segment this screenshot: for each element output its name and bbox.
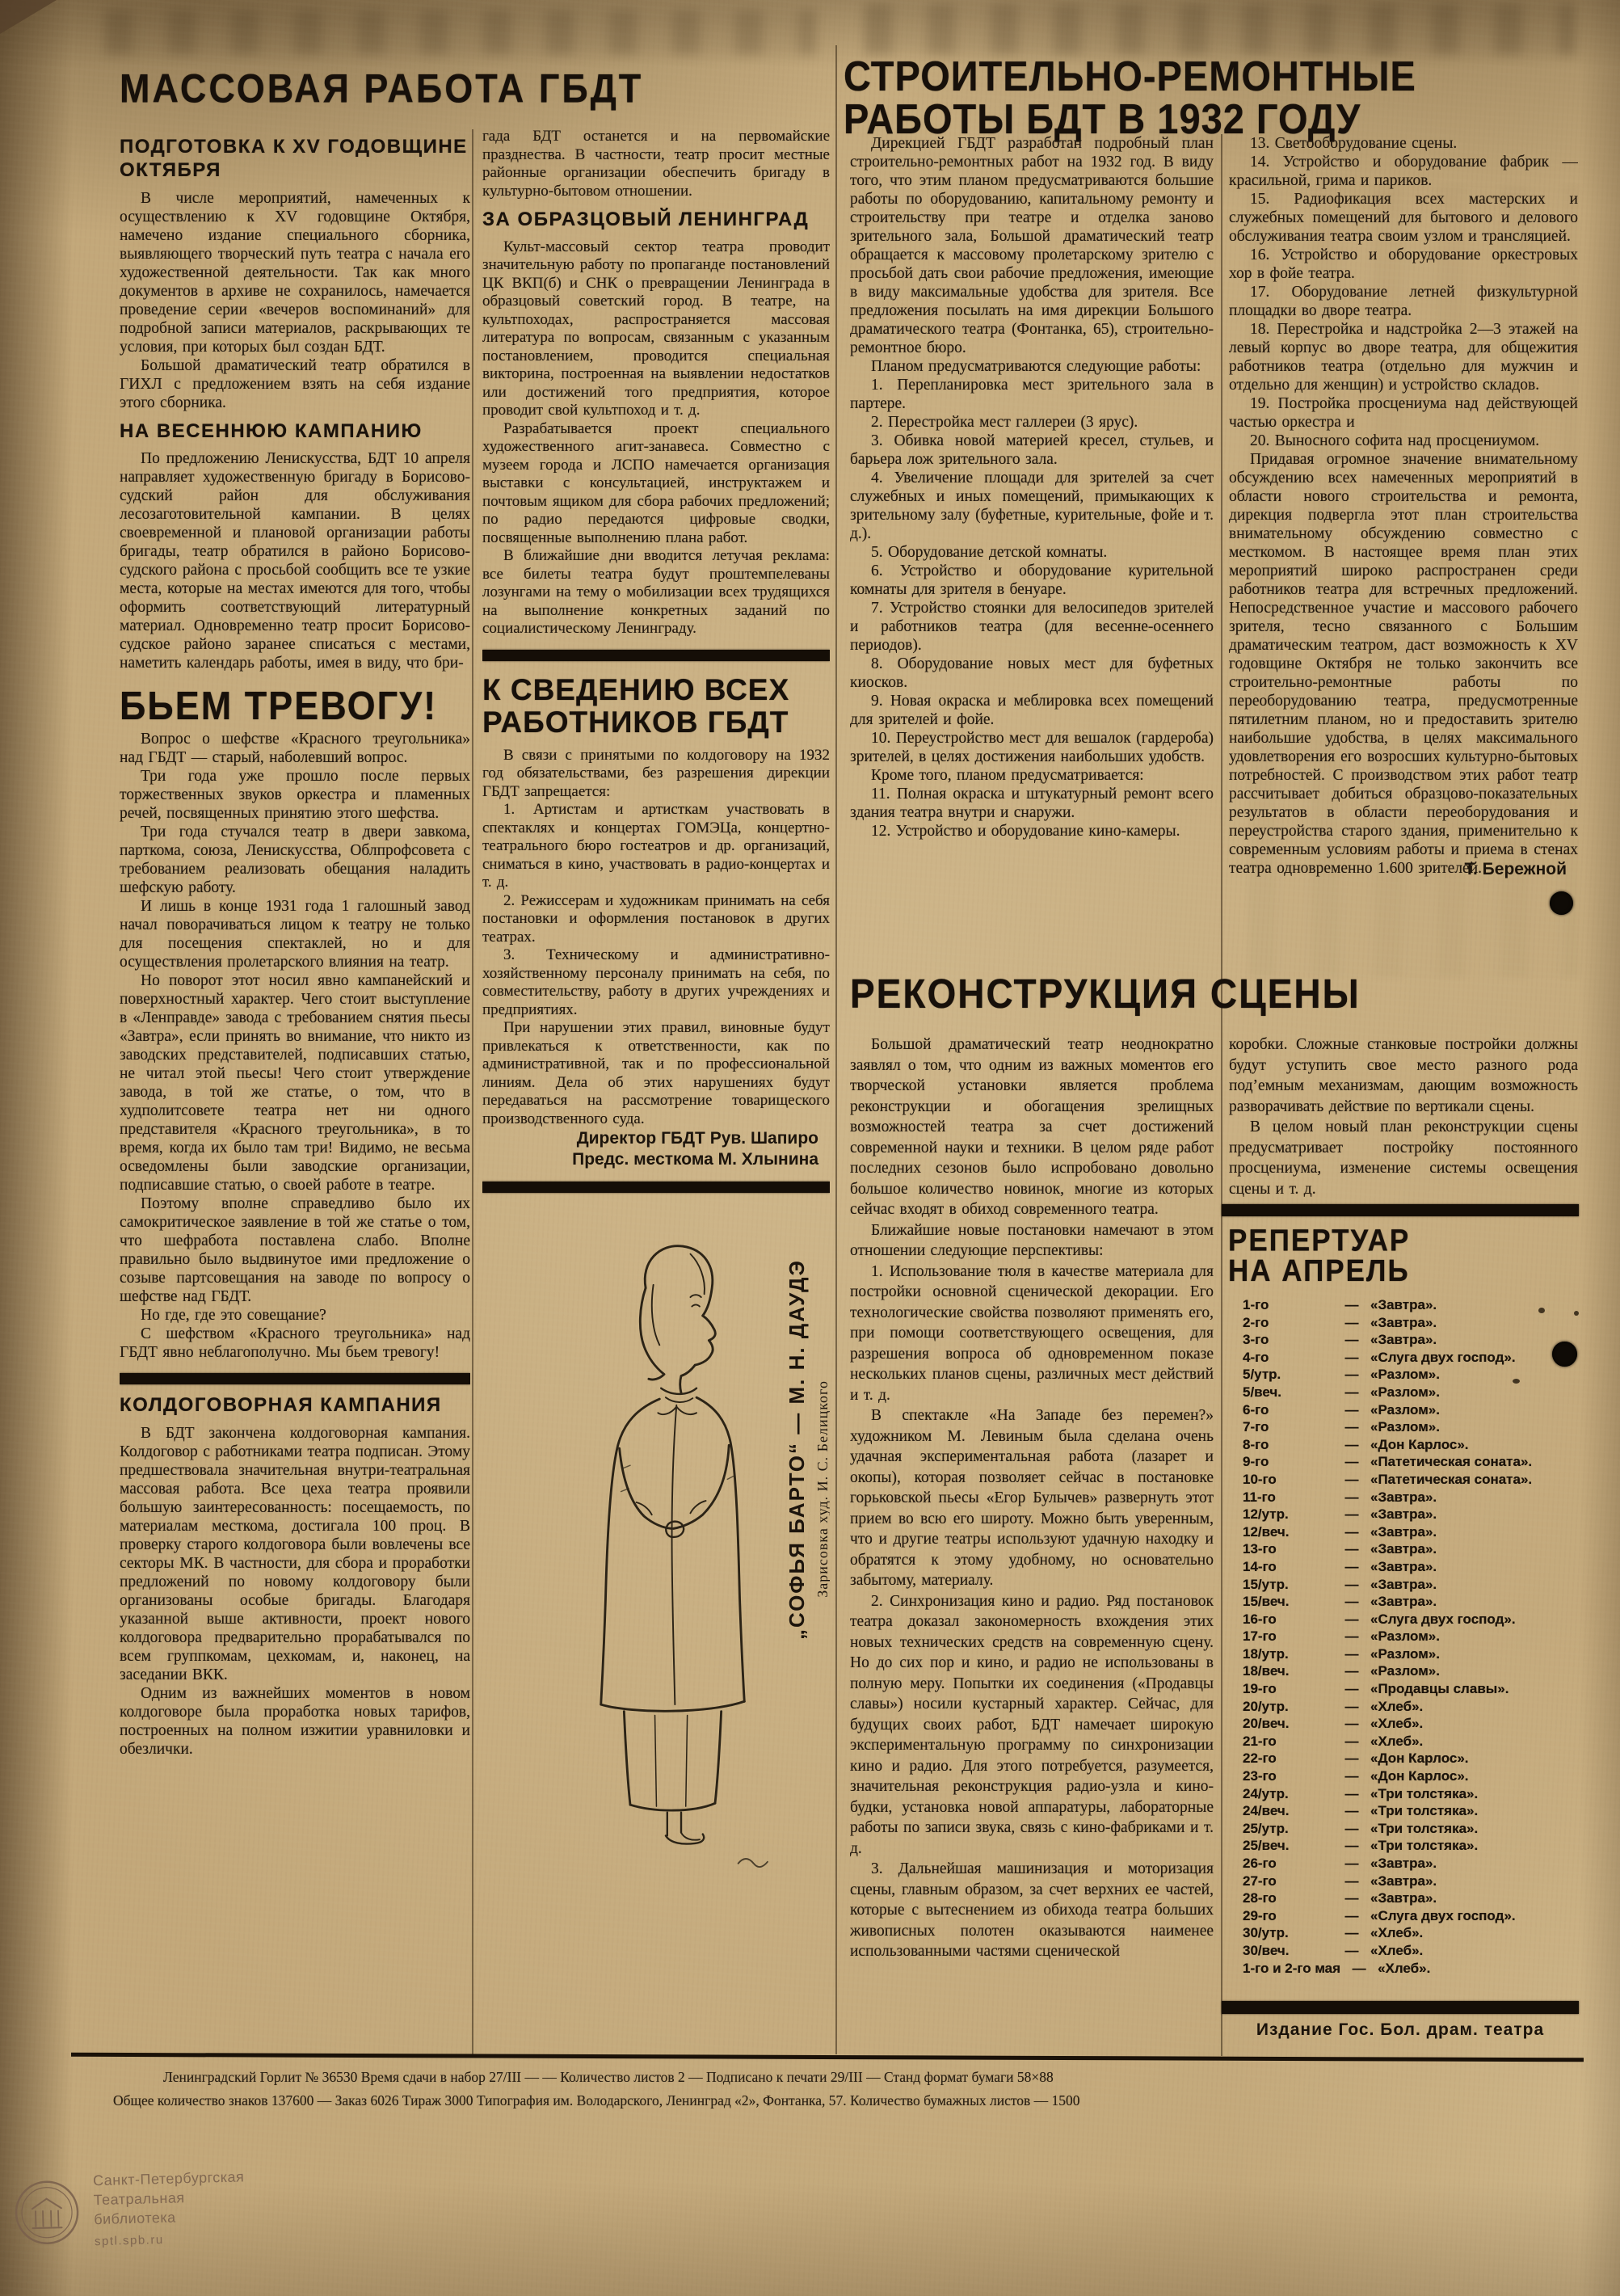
repertoire-dash: — <box>1333 1680 1370 1698</box>
repertoire-title: «Завтра». <box>1370 1523 1577 1541</box>
paragraph: При нарушении этих правил, виновные буду… <box>482 1019 830 1128</box>
repertoire-dash: — <box>1333 1645 1370 1663</box>
column-4-construction: 13. Светооборудование сцены.14. Устройст… <box>1229 134 1578 1031</box>
separator-bar <box>1222 1204 1579 1216</box>
paragraph: гада БДТ останется и на первомайские пра… <box>482 128 830 200</box>
repertoire-dash: — <box>1333 1453 1370 1471</box>
repertoire-date: 11-го <box>1243 1489 1333 1506</box>
repertoire-title: «Разлом». <box>1370 1366 1577 1384</box>
repertoire-row: 20/утр.—«Хлеб». <box>1243 1698 1577 1716</box>
repertoire-title: «Завтра». <box>1370 1540 1577 1558</box>
paragraph: 2. Синхронизация кино и радио. Ряд поста… <box>850 1591 1214 1860</box>
paragraph: 3. Техническому и административно-хозяйс… <box>482 946 830 1019</box>
repertoire-title: «Три толстяка». <box>1370 1802 1577 1820</box>
headline-line: СТРОИТЕЛЬНО-РЕМОНТНЫЕ <box>844 55 1416 98</box>
paper-speck <box>1538 1308 1545 1313</box>
repertoire-dash: — <box>1333 1698 1370 1716</box>
repertoire-row: 8-го—«Дон Карлос». <box>1243 1436 1577 1454</box>
paragraph: С шефством «Красного треугольника» над Г… <box>120 1325 470 1362</box>
repertoire-title: «Разлом». <box>1370 1628 1577 1645</box>
column-1: ПОДГОТОВКА К XV ГОДОВЩИНЕ ОКТЯБРЯ В числ… <box>120 128 470 2061</box>
column-3-construction: Дирекцией ГБДТ разработан подробный план… <box>850 134 1214 978</box>
bleed-through-artifact <box>105 10 816 55</box>
repertoire-row: 16-го—«Слуга двух господ». <box>1243 1611 1577 1628</box>
subhead-collective-agreement: КОЛДОГОВОРНАЯ КАМПАНИЯ <box>120 1394 470 1418</box>
repertoire-row: 17-го—«Разлом». <box>1243 1628 1577 1645</box>
repertoire-date: 25/веч. <box>1243 1837 1333 1855</box>
repertoire-title: «Хлеб». <box>1370 1924 1577 1942</box>
paragraph: Ближайшие новые постановки намечают в эт… <box>850 1220 1214 1262</box>
repertoire-date: 24/веч. <box>1243 1802 1333 1820</box>
repertoire-row: 22-го—«Дон Карлос». <box>1243 1750 1577 1767</box>
headline-repertoire-april: РЕПЕРТУАР НА АПРЕЛЬ <box>1228 1225 1410 1287</box>
repertoire-row: 5/веч.—«Разлом». <box>1243 1384 1577 1401</box>
column-rule <box>1221 134 1222 2056</box>
repertoire-row: 1-го—«Завтра». <box>1243 1296 1577 1314</box>
repertoire-row: 18/веч.—«Разлом». <box>1243 1662 1577 1680</box>
separator-bar <box>482 1182 830 1193</box>
paragraph: Три года уже прошло после первых торжест… <box>120 767 470 823</box>
repertoire-dash: — <box>1333 1837 1370 1855</box>
paragraph: 7. Устройство стоянки для велосипедов зр… <box>850 599 1214 655</box>
repertoire-dash: — <box>1333 1907 1370 1925</box>
repertoire-date: 16-го <box>1243 1611 1333 1628</box>
repertoire-row: 19-го—«Продавцы славы». <box>1243 1680 1577 1698</box>
repertoire-row: 25/утр.—«Три толстяка». <box>1243 1820 1577 1838</box>
paragraph: 11. Полная окраска и штукатурный ремонт … <box>850 785 1214 822</box>
paragraph: Но поворот этот носил явно кампанейский … <box>120 971 470 1194</box>
repertoire-title: «Разлом». <box>1370 1662 1577 1680</box>
repertoire-date: 5/веч. <box>1243 1384 1333 1401</box>
paragraph: 20. Выносного софита над просцениумом. <box>1229 432 1578 450</box>
repertoire-dash: — <box>1333 1628 1370 1645</box>
repertoire-date: 18/веч. <box>1243 1662 1333 1680</box>
repertoire-dash: — <box>1333 1366 1370 1384</box>
paragraph: 1. Перепланировка мест зрительного зала … <box>850 376 1214 413</box>
repertoire-date: 22-го <box>1243 1750 1333 1767</box>
article-body: Культ-массовый сектор театра проводит зн… <box>482 238 830 638</box>
column-rule <box>472 129 473 2054</box>
subhead-anniversary: ПОДГОТОВКА К XV ГОДОВЩИНЕ ОКТЯБРЯ <box>120 136 470 183</box>
paragraph: Разрабатывается проект специального худо… <box>482 420 830 548</box>
repertoire-title: «Разлом». <box>1370 1384 1577 1401</box>
repertoire-date: 1-го и 2-го мая <box>1243 1960 1340 1978</box>
repertoire-dash: — <box>1333 1349 1370 1367</box>
repertoire-dash: — <box>1333 1331 1370 1349</box>
stamp-url: sptl.spb.ru <box>95 2228 246 2252</box>
imprint-line: Общее количество знаков 137600 — Заказ 6… <box>113 2089 1236 2113</box>
repertoire-date: 27-го <box>1243 1873 1333 1890</box>
repertoire-title: «Продавцы славы». <box>1370 1680 1577 1698</box>
repertoire-row: 21-го—«Хлеб». <box>1243 1733 1577 1750</box>
repertoire-date: 5/утр. <box>1243 1366 1333 1384</box>
repertoire-title: «Три толстяка». <box>1370 1820 1577 1838</box>
repertoire-row: 2-го—«Завтра». <box>1243 1314 1577 1332</box>
paragraph: В БДТ закончена колдоговорная кампания. … <box>120 1424 470 1684</box>
article-body: В связи с принятыми по колдоговору на 19… <box>482 747 830 1129</box>
repertoire-title: «Хлеб». <box>1370 1942 1577 1960</box>
repertoire-dash: — <box>1333 1750 1370 1767</box>
paragraph: Но где, где это совещание? <box>120 1306 470 1325</box>
repertoire-dash: — <box>1340 1960 1378 1978</box>
repertoire-row: 18/утр.—«Разлом». <box>1243 1645 1577 1663</box>
paragraph: 15. Радиофикация всех мастерских и служе… <box>1229 190 1578 246</box>
signature-committee-chair: Предс. месткома М. Хлынина <box>482 1149 830 1170</box>
paper-speck <box>1513 1379 1520 1384</box>
repertoire-date: 23-го <box>1243 1767 1333 1785</box>
repertoire-dash: — <box>1333 1820 1370 1838</box>
paragraph: Придавая огромное значение внимательному… <box>1229 450 1578 878</box>
paper-speck <box>1574 1311 1579 1316</box>
repertoire-title: «Слуга двух господ». <box>1370 1611 1577 1628</box>
repertoire-date: 13-го <box>1243 1540 1333 1558</box>
separator-bar <box>1222 2001 1579 2014</box>
repertoire-dash: — <box>1333 1489 1370 1506</box>
repertoire-row: 7-го—«Разлом». <box>1243 1418 1577 1436</box>
paragraph: 1. Артистам и артисткам участвовать в сп… <box>482 801 830 892</box>
stamp-line: Санкт-Петербургская <box>93 2167 245 2190</box>
repertoire-date: 20/утр. <box>1243 1698 1333 1716</box>
headline-line: НА АПРЕЛЬ <box>1228 1256 1410 1287</box>
repertoire-title: «Хлеб». <box>1370 1733 1577 1750</box>
separator-bar <box>482 650 830 661</box>
repertoire-row: 20/веч.—«Хлеб». <box>1243 1715 1577 1733</box>
repertoire-title: «Завтра». <box>1370 1489 1577 1506</box>
repertoire-date: 8-го <box>1243 1436 1333 1454</box>
repertoire-date: 25/утр. <box>1243 1820 1333 1838</box>
repertoire-dash: — <box>1333 1401 1370 1419</box>
repertoire-row: 15/утр.—«Завтра». <box>1243 1576 1577 1594</box>
paragraph: 4. Увеличение площади для зрителей за сч… <box>850 469 1214 543</box>
repertoire-date: 14-го <box>1243 1558 1333 1576</box>
repertoire-dash: — <box>1333 1506 1370 1523</box>
repertoire-date: 1-го <box>1243 1296 1333 1314</box>
headline-massovaya-rabota: МАССОВАЯ РАБОТА ГБДТ <box>120 68 643 109</box>
paragraph: 5. Оборудование детской комнаты. <box>850 543 1214 562</box>
repertoire-row: 13-го—«Завтра». <box>1243 1540 1577 1558</box>
paragraph: Планом предусматриваются следующие работ… <box>850 357 1214 376</box>
repertoire-row: 12/веч.—«Завтра». <box>1243 1523 1577 1541</box>
repertoire-title: «Хлеб». <box>1370 1698 1577 1716</box>
article-body: 13. Светооборудование сцены.14. Устройст… <box>1229 134 1578 878</box>
repertoire-title: «Патетическая соната». <box>1370 1471 1577 1489</box>
paragraph: Поэтому вполне справедливо было их самок… <box>120 1194 470 1306</box>
repertoire-row: 30/утр.—«Хлеб». <box>1243 1924 1577 1942</box>
repertoire-dash: — <box>1333 1384 1370 1401</box>
repertoire-title: «Дон Карлос». <box>1370 1750 1577 1767</box>
paragraph: Большой драматический театр обратился в … <box>120 356 470 412</box>
repertoire-row: 27-го—«Завтра». <box>1243 1873 1577 1890</box>
repertoire-row: 9-го—«Патетическая соната». <box>1243 1453 1577 1471</box>
article-body: Большой драматический театр неоднократно… <box>850 1034 1214 1962</box>
repertoire-list: 1-го—«Завтра».2-го—«Завтра».3-го—«Завтра… <box>1243 1296 1577 1977</box>
paragraph: 17. Оборудование летней физкультурной пл… <box>1229 283 1578 320</box>
repertoire-title: «Завтра». <box>1370 1506 1577 1523</box>
paragraph: По предложению Ленискусства, БДТ 10 апре… <box>120 449 470 672</box>
repertoire-row: 24/веч.—«Три толстяка». <box>1243 1802 1577 1820</box>
repertoire-dash: — <box>1333 1540 1370 1558</box>
repertoire-date: 29-го <box>1243 1907 1333 1925</box>
repertoire-date: 17-го <box>1243 1628 1333 1645</box>
sketch-caption-artist: Зарисовка худ. И. С. Белицкого <box>814 1380 831 1598</box>
sketch-caption-title: „СОФЬЯ БАРТО“ — М. Н. ДАУДЭ <box>788 1259 806 1640</box>
repertoire-dash: — <box>1333 1873 1370 1890</box>
paragraph: 6. Устройство и оборудование курительной… <box>850 562 1214 599</box>
repertoire-date: 28-го <box>1243 1889 1333 1907</box>
repertoire-dash: — <box>1333 1418 1370 1436</box>
repertoire-dash: — <box>1333 1942 1370 1960</box>
library-stamp-text: Санкт-Петербургская Театральная библиоте… <box>93 2167 246 2252</box>
repertoire-dash: — <box>1333 1733 1370 1750</box>
repertoire-title: «Дон Карлос». <box>1370 1767 1577 1785</box>
imprint-block: Ленинградский Горлит № 36530 Время сдачи… <box>113 2066 1236 2113</box>
paragraph: 2. Перестройка мест галлереи (3 ярус). <box>850 413 1214 432</box>
bleed-through-artifact <box>865 3 1576 55</box>
repertoire-date: 7-го <box>1243 1418 1333 1436</box>
article-body-continued: коробки. Сложные станковые постройки дол… <box>1229 1034 1578 1199</box>
repertoire-row: 10-го—«Патетическая соната». <box>1243 1471 1577 1489</box>
repertoire-date: 26-го <box>1243 1855 1333 1873</box>
article-body: Дирекцией ГБДТ разработан подробный план… <box>850 134 1214 840</box>
repertoire-date: 15/веч. <box>1243 1593 1333 1611</box>
repertoire-date: 3-го <box>1243 1331 1333 1349</box>
repertoire-row: 23-го—«Дон Карлос». <box>1243 1767 1577 1785</box>
headline-line: РЕПЕРТУАР <box>1228 1225 1410 1256</box>
headline-alarm: БЬЕМ ТРЕВОГУ! <box>120 685 470 726</box>
repertoire-dash: — <box>1333 1889 1370 1907</box>
subhead-spring-campaign: НА ВЕСЕННЮЮ КАМПАНИЮ <box>120 420 470 444</box>
paragraph: Кроме того, планом предусматривается: <box>850 766 1214 785</box>
repertoire-date: 12/утр. <box>1243 1506 1333 1523</box>
repertoire-title: «Разлом». <box>1370 1401 1577 1419</box>
paragraph: 8. Оборудование новых мест для буфетных … <box>850 655 1214 692</box>
paragraph: 2. Режиссерам и художникам принимать на … <box>482 892 830 947</box>
separator-bar <box>120 1373 470 1384</box>
repertoire-dash: — <box>1333 1523 1370 1541</box>
repertoire-date: 10-го <box>1243 1471 1333 1489</box>
repertoire-dash: — <box>1333 1436 1370 1454</box>
repertoire-title: «Три толстяка». <box>1370 1837 1577 1855</box>
repertoire-row: 25/веч.—«Три толстяка». <box>1243 1837 1577 1855</box>
punch-hole <box>1550 891 1573 915</box>
paragraph: В целом новый план реконструкции сцены п… <box>1229 1117 1578 1199</box>
repertoire-row: 24/утр.—«Три толстяка». <box>1243 1785 1577 1803</box>
column-2: гада БДТ останется и на первомайские пра… <box>482 128 830 2059</box>
article-body: Вопрос о шефстве «Красного треугольника»… <box>120 730 470 1362</box>
repertoire-row: 26-го—«Завтра». <box>1243 1855 1577 1873</box>
punch-hole <box>1552 1342 1577 1367</box>
repertoire-title: «Завтра». <box>1370 1296 1577 1314</box>
repertoire-date: 6-го <box>1243 1401 1333 1419</box>
repertoire-dash: — <box>1333 1785 1370 1803</box>
paragraph: Одним из важнейших моментов в новом колд… <box>120 1684 470 1759</box>
repertoire-row: 1-го и 2-го мая—«Хлеб». <box>1243 1960 1577 1978</box>
repertoire-dash: — <box>1333 1767 1370 1785</box>
library-stamp: Санкт-Петербургская Театральная библиоте… <box>8 2132 255 2288</box>
repertoire-dash: — <box>1333 1576 1370 1594</box>
paragraph: В связи с принятыми по колдоговору на 19… <box>482 747 830 802</box>
paragraph: 12. Устройство и оборудование кино-камер… <box>850 822 1214 840</box>
repertoire-date: 30/утр. <box>1243 1924 1333 1942</box>
repertoire-date: 30/веч. <box>1243 1942 1333 1960</box>
repertoire-title: «Разлом». <box>1370 1418 1577 1436</box>
article-body: В числе мероприятий, намеченных к осущес… <box>120 189 470 412</box>
repertoire-dash: — <box>1333 1471 1370 1489</box>
repertoire-dash: — <box>1333 1662 1370 1680</box>
repertoire-title: «Три толстяка». <box>1370 1785 1577 1803</box>
stamp-line: библиотека <box>94 2205 246 2229</box>
paragraph: И лишь в конце 1931 года 1 галошный заво… <box>120 897 470 971</box>
paragraph: 3. Дальнейшая машинизация и моторизация … <box>850 1859 1214 1962</box>
paragraph: Большой драматический театр неоднократно… <box>850 1034 1214 1220</box>
repertoire-title: «Завтра». <box>1370 1558 1577 1576</box>
paragraph: 3. Обивка новой материей кресел, стульев… <box>850 432 1214 469</box>
repertoire-dash: — <box>1333 1296 1370 1314</box>
edition-credit-line: Издание Гос. Бол. драм. театра <box>1222 2020 1579 2040</box>
paragraph: 16. Устройство и оборудование оркестровы… <box>1229 246 1578 283</box>
paragraph: В спектакле «На Западе без перемен?» худ… <box>850 1405 1214 1591</box>
repertoire-title: «Разлом». <box>1370 1645 1577 1663</box>
repertoire-title: «Завтра». <box>1370 1314 1577 1332</box>
repertoire-dash: — <box>1333 1802 1370 1820</box>
article-body: По предложению Ленискусства, БДТ 10 апре… <box>120 449 470 672</box>
paragraph: 14. Устройство и оборудование фабрик — к… <box>1229 153 1578 190</box>
sketch-block: „СОФЬЯ БАРТО“ — М. Н. ДАУДЭ Зарисовка ху… <box>482 1203 830 1914</box>
paragraph: 9. Новая окраска и меблировка всех помещ… <box>850 692 1214 729</box>
repertoire-title: «Слуга двух господ». <box>1370 1907 1577 1925</box>
newspaper-scan-page: { "colors": { "paper": "#c3a87a", "ink":… <box>0 0 1620 2296</box>
column-4-reconstruction: коробки. Сложные станковые постройки дол… <box>1229 1034 1578 1208</box>
repertoire-row: 12/утр.—«Завтра». <box>1243 1506 1577 1523</box>
paragraph: 10. Переустройство мест для вешалок (гар… <box>850 729 1214 766</box>
paragraph: Дирекцией ГБДТ разработан подробный план… <box>850 134 1214 357</box>
repertoire-date: 12/веч. <box>1243 1523 1333 1541</box>
library-stamp-emblem <box>9 2167 86 2257</box>
repertoire-date: 20/веч. <box>1243 1715 1333 1733</box>
repertoire-row: 11-го—«Завтра». <box>1243 1489 1577 1506</box>
repertoire-title: «Завтра». <box>1370 1331 1577 1349</box>
repertoire-dash: — <box>1333 1715 1370 1733</box>
imprint-line: Ленинградский Горлит № 36530 Время сдачи… <box>113 2066 1236 2089</box>
paragraph: 1. Использование тюля в качестве материа… <box>850 1262 1214 1406</box>
repertoire-title: «Завтра». <box>1370 1873 1577 1890</box>
repertoire-dash: — <box>1333 1558 1370 1576</box>
paragraph: Культ-массовый сектор театра проводит зн… <box>482 238 830 420</box>
repertoire-title: «Хлеб». <box>1378 1960 1577 1978</box>
repertoire-date: 15/утр. <box>1243 1576 1333 1594</box>
signature-director: Директор ГБДТ Рув. Шапиро <box>482 1128 830 1149</box>
paragraph: Вопрос о шефстве «Красного треугольника»… <box>120 730 470 767</box>
repertoire-row: 3-го—«Завтра». <box>1243 1331 1577 1349</box>
woman-sketch-illustration <box>502 1214 793 1893</box>
column-3-reconstruction: Большой драматический театр неоднократно… <box>850 1034 1214 2058</box>
repertoire-title: «Завтра». <box>1370 1593 1577 1611</box>
paragraph: В числе мероприятий, намеченных к осущес… <box>120 189 470 356</box>
repertoire-dash: — <box>1333 1314 1370 1332</box>
paragraph: В ближайшие дни вводится летучая реклама… <box>482 547 830 638</box>
paragraph: 18. Перестройка и надстройка 2—3 этажей … <box>1229 320 1578 394</box>
repertoire-date: 24/утр. <box>1243 1785 1333 1803</box>
paragraph: коробки. Сложные станковые постройки дол… <box>1229 1034 1578 1117</box>
repertoire-date: 2-го <box>1243 1314 1333 1332</box>
repertoire-title: «Завтра». <box>1370 1889 1577 1907</box>
repertoire-date: 18/утр. <box>1243 1645 1333 1663</box>
paragraph: 13. Светооборудование сцены. <box>1229 134 1578 153</box>
repertoire-title: «Завтра». <box>1370 1576 1577 1594</box>
repertoire-row: 28-го—«Завтра». <box>1243 1889 1577 1907</box>
repertoire-date: 19-го <box>1243 1680 1333 1698</box>
column-rule <box>835 45 837 2054</box>
repertoire-dash: — <box>1333 1924 1370 1942</box>
repertoire-dash: — <box>1333 1593 1370 1611</box>
repertoire-title: «Патетическая соната». <box>1370 1453 1577 1471</box>
repertoire-row: 4-го—«Слуга двух господ». <box>1243 1349 1577 1367</box>
repertoire-title: «Хлеб». <box>1370 1715 1577 1733</box>
repertoire-row: 15/веч.—«Завтра». <box>1243 1593 1577 1611</box>
repertoire-date: 4-го <box>1243 1349 1333 1367</box>
repertoire-title: «Дон Карлос». <box>1370 1436 1577 1454</box>
repertoire-row: 6-го—«Разлом». <box>1243 1401 1577 1419</box>
article-body-continued: гада БДТ останется и на первомайские пра… <box>482 128 830 200</box>
paragraph: Три года стучался театр в двери завкома,… <box>120 823 470 897</box>
torn-corner-artifact <box>0 0 57 34</box>
repertoire-dash: — <box>1333 1611 1370 1628</box>
repertoire-row: 29-го—«Слуга двух господ». <box>1243 1907 1577 1925</box>
repertoire-title: «Слуга двух господ». <box>1370 1349 1577 1367</box>
subhead-exemplary-leningrad: ЗА ОБРАЗЦОВЫЙ ЛЕНИНГРАД <box>482 209 830 232</box>
headline-construction-works: СТРОИТЕЛЬНО-РЕМОНТНЫЕ РАБОТЫ БДТ В 1932 … <box>844 55 1416 140</box>
paragraph: 19. Постройка просцениума над действующе… <box>1229 394 1578 432</box>
repertoire-title: «Завтра». <box>1370 1855 1577 1873</box>
repertoire-row: 5/утр.—«Разлом». <box>1243 1366 1577 1384</box>
headline-notice-to-staff: К СВЕДЕНИЮ ВСЕХ РАБОТНИКОВ ГБДТ <box>482 674 830 739</box>
repertoire-row: 14-го—«Завтра». <box>1243 1558 1577 1576</box>
repertoire-row: 30/веч.—«Хлеб». <box>1243 1942 1577 1960</box>
repertoire-dash: — <box>1333 1855 1370 1873</box>
repertoire-date: 21-го <box>1243 1733 1333 1750</box>
headline-line: РАБОТНИКОВ ГБДТ <box>482 706 830 739</box>
repertoire-date: 9-го <box>1243 1453 1333 1471</box>
headline-line: К СВЕДЕНИЮ ВСЕХ <box>482 674 830 706</box>
article-body: В БДТ закончена колдоговорная кампания. … <box>120 1424 470 1759</box>
